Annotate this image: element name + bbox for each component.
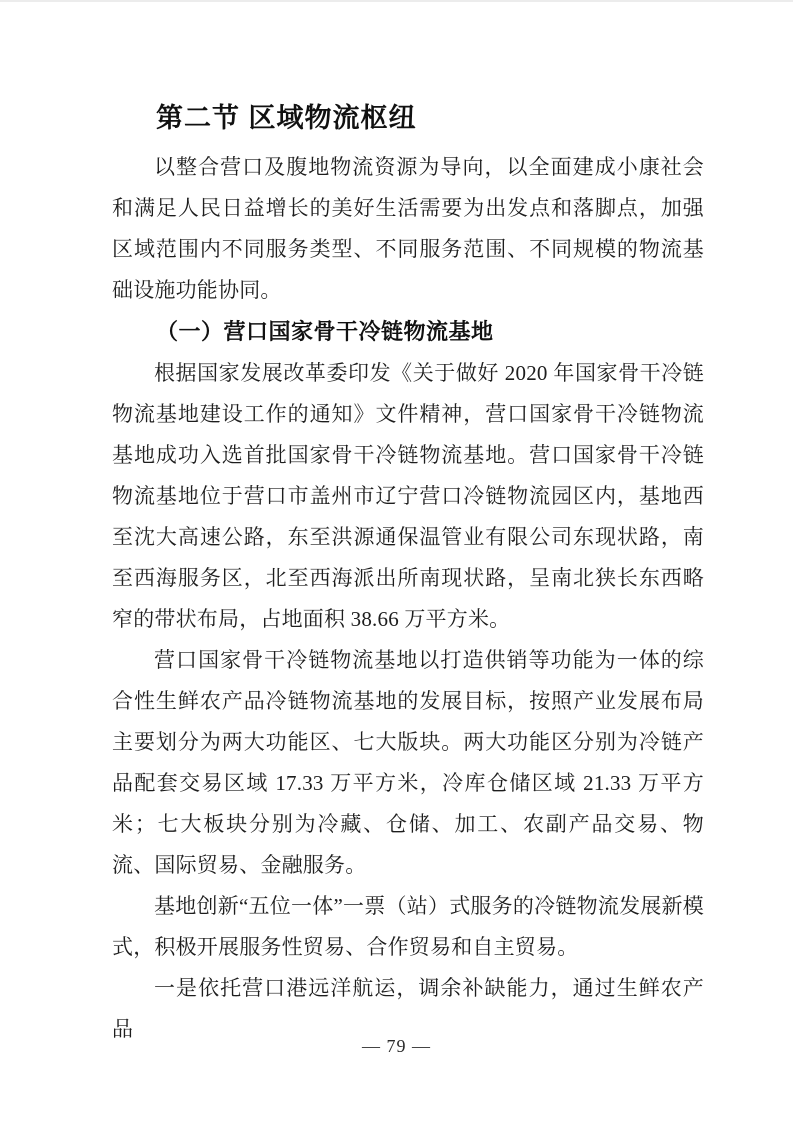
scan-top-edge [0,0,793,2]
page-number: — 79 — [362,1036,431,1056]
page-footer: — 79 — [0,1034,793,1058]
body-paragraph-3: 基地创新“五位一体”一票（站）式服务的冷链物流发展新模式，积极开展服务性贸易、合… [112,886,704,968]
document-page: 第二节 区域物流枢纽 以整合营口及腹地物流资源为导向，以全面建成小康社会和满足人… [0,0,793,1122]
section-heading: 第二节 区域物流枢纽 [112,96,704,140]
page-content: 第二节 区域物流枢纽 以整合营口及腹地物流资源为导向，以全面建成小康社会和满足人… [112,96,704,1050]
body-paragraph-1: 根据国家发展改革委印发《关于做好 2020 年国家骨干冷链物流基地建设工作的通知… [112,353,704,640]
subsection-heading: （一）营口国家骨干冷链物流基地 [112,311,704,353]
body-paragraph-2: 营口国家骨干冷链物流基地以打造供销等功能为一体的综合性生鲜农产品冷链物流基地的发… [112,640,704,886]
intro-paragraph: 以整合营口及腹地物流资源为导向，以全面建成小康社会和满足人民日益增长的美好生活需… [112,147,704,311]
